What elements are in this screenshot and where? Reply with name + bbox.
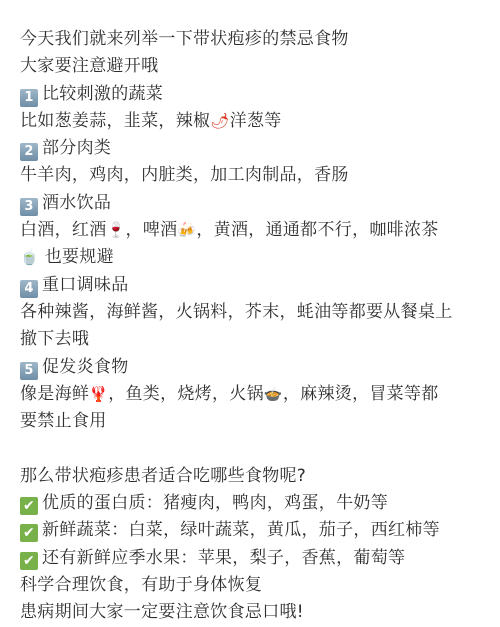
- section-5-body-line-2: 要禁止食用: [20, 408, 490, 435]
- recommend-item-3: ✔还有新鲜应季水果：苹果，梨子，香蕉，葡萄等: [20, 545, 490, 572]
- tea-cup-icon: 🍵: [20, 244, 39, 271]
- intro-line-1: 今天我们就来列举一下带状疱疹的禁忌食物: [20, 26, 490, 53]
- section-title: 部分肉类: [42, 138, 111, 158]
- section-5-heading: 5促发炎食物: [20, 354, 490, 381]
- keycap-4-icon: 4: [20, 280, 38, 298]
- closing-line-1: 科学合理饮食，有助于身体恢复: [20, 572, 490, 599]
- recommend-text: 还有新鲜应季水果：苹果，梨子，香蕉，葡萄等: [42, 548, 405, 568]
- section-title: 促发炎食物: [42, 357, 129, 377]
- spacer: [20, 435, 490, 462]
- body-text: 像是海鲜: [20, 384, 89, 404]
- body-text: ，麻辣烫，冒菜等都: [283, 384, 439, 404]
- intro-line-2: 大家要注意避开哦: [20, 53, 490, 80]
- beer-mugs-icon: 🍻: [177, 217, 196, 244]
- recommend-text: 新鲜蔬菜：白菜，绿叶蔬菜，黄瓜，茄子，西红柿等: [42, 520, 440, 540]
- body-text: 洋葱等: [230, 111, 282, 131]
- section-title: 比较刺激的蔬菜: [42, 84, 163, 104]
- section-4-heading: 4重口调味品: [20, 272, 490, 299]
- section-title: 重口调味品: [42, 275, 129, 295]
- body-text: ，黄酒，通通都不行，咖啡浓茶: [196, 220, 438, 240]
- body-text: ，鱼类，烧烤，火锅: [108, 384, 264, 404]
- recommend-item-1: ✔优质的蛋白质：猪瘦肉，鸭肉，鸡蛋，牛奶等: [20, 490, 490, 517]
- section-1-body: 比如葱姜蒜，韭菜，辣椒🌶洋葱等: [20, 108, 490, 135]
- section-4-body-line-2: 撤下去哦: [20, 326, 490, 353]
- section-1-heading: 1比较刺激的蔬菜: [20, 81, 490, 108]
- chili-pepper-icon: 🌶: [210, 108, 229, 135]
- check-mark-icon: ✔: [20, 497, 38, 515]
- section-3-body-line-1: 白酒，红酒🍷，啤酒🍻，黄酒，通通都不行，咖啡浓茶: [20, 217, 490, 244]
- body-text: 白酒，红酒: [20, 220, 107, 240]
- section-2-body: 牛羊肉，鸡肉，内脏类，加工肉制品，香肠: [20, 162, 490, 189]
- wine-glass-icon: 🍷: [107, 217, 126, 244]
- closing-line-2: 患病期间大家一定要注意饮食忌口哦!: [20, 599, 490, 614]
- check-mark-icon: ✔: [20, 552, 38, 570]
- hot-pot-icon: 🍲: [264, 381, 283, 408]
- check-mark-icon: ✔: [20, 524, 38, 542]
- recommend-question: 那么带状疱疹患者适合吃哪些食物呢?: [20, 463, 490, 490]
- section-4-body-line-1: 各种辣酱，海鲜酱，火锅料，芥末，蚝油等都要从餐桌上: [20, 299, 490, 326]
- keycap-3-icon: 3: [20, 198, 38, 216]
- section-title: 酒水饮品: [42, 193, 111, 213]
- section-3-heading: 3酒水饮品: [20, 190, 490, 217]
- section-3-body-line-2: 🍵 也要规避: [20, 244, 490, 271]
- section-2-heading: 2部分肉类: [20, 135, 490, 162]
- keycap-2-icon: 2: [20, 143, 38, 161]
- lobster-icon: 🦞: [89, 381, 108, 408]
- recommend-item-2: ✔新鲜蔬菜：白菜，绿叶蔬菜，黄瓜，茄子，西红柿等: [20, 517, 490, 544]
- keycap-1-icon: 1: [20, 89, 38, 107]
- body-text: ，啤酒: [125, 220, 177, 240]
- recommend-text: 优质的蛋白质：猪瘦肉，鸭肉，鸡蛋，牛奶等: [42, 493, 388, 513]
- post-content: 今天我们就来列举一下带状疱疹的禁忌食物 大家要注意避开哦 1比较刺激的蔬菜 比如…: [20, 26, 490, 614]
- body-text: 也要规避: [45, 247, 114, 267]
- section-5-body-line-1: 像是海鲜🦞，鱼类，烧烤，火锅🍲，麻辣烫，冒菜等都: [20, 381, 490, 408]
- keycap-5-icon: 5: [20, 362, 38, 380]
- body-text: 比如葱姜蒜，韭菜，辣椒: [20, 111, 210, 131]
